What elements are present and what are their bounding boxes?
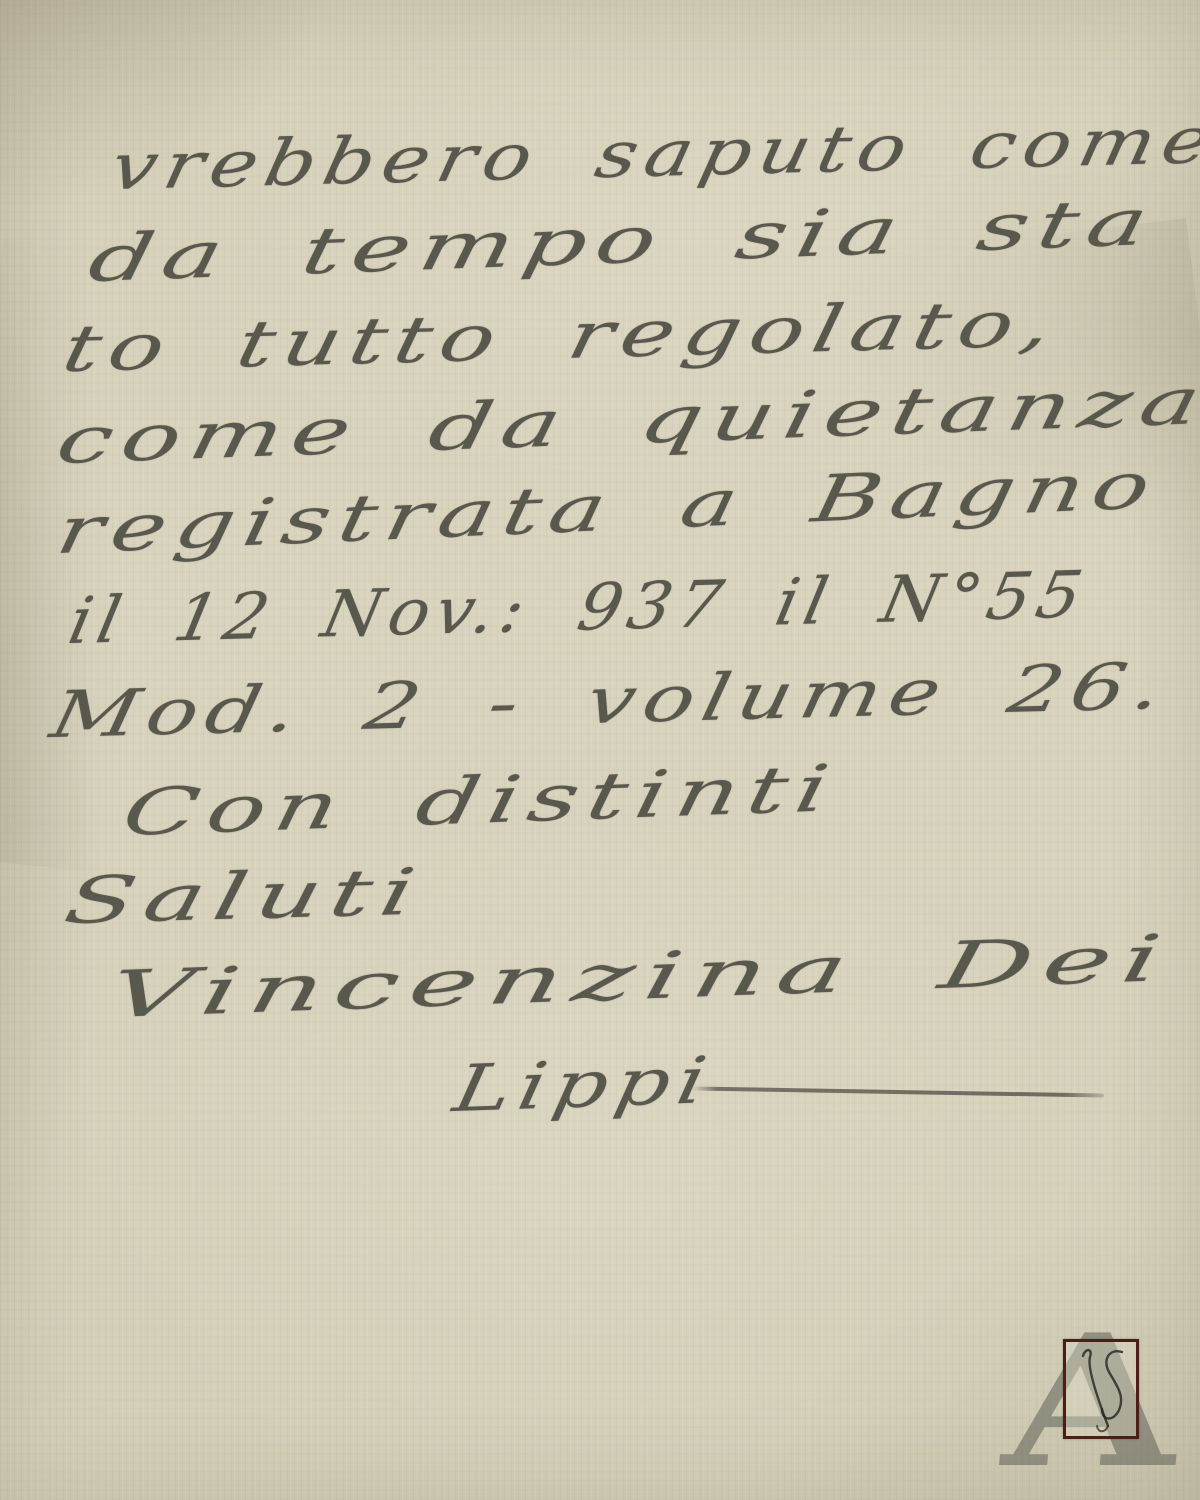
handwritten-line: to tutto regolato, bbox=[57, 292, 1065, 382]
handwritten-line: Mod. 2 - volume 26. bbox=[45, 655, 1175, 749]
handwritten-line: da tempo sia sta bbox=[84, 191, 1162, 293]
closing-line: Saluti bbox=[59, 860, 429, 934]
signature-flourish bbox=[692, 1086, 1104, 1097]
vs-monogram-frame bbox=[1063, 1339, 1139, 1439]
vs-monogram-icon bbox=[1066, 1342, 1136, 1436]
signature-name: Vincenzina Dei bbox=[104, 927, 1177, 1028]
closing-line: Con distinti bbox=[118, 757, 843, 846]
handwritten-line: il 12 Nov.: 937 il N°55 bbox=[63, 563, 1093, 654]
signature-surname: Lippi bbox=[449, 1049, 719, 1122]
handwritten-line: vrebbero saputo come bbox=[105, 109, 1200, 200]
letter-page: vrebbero saputo come da tempo sia sta to… bbox=[0, 0, 1200, 1500]
